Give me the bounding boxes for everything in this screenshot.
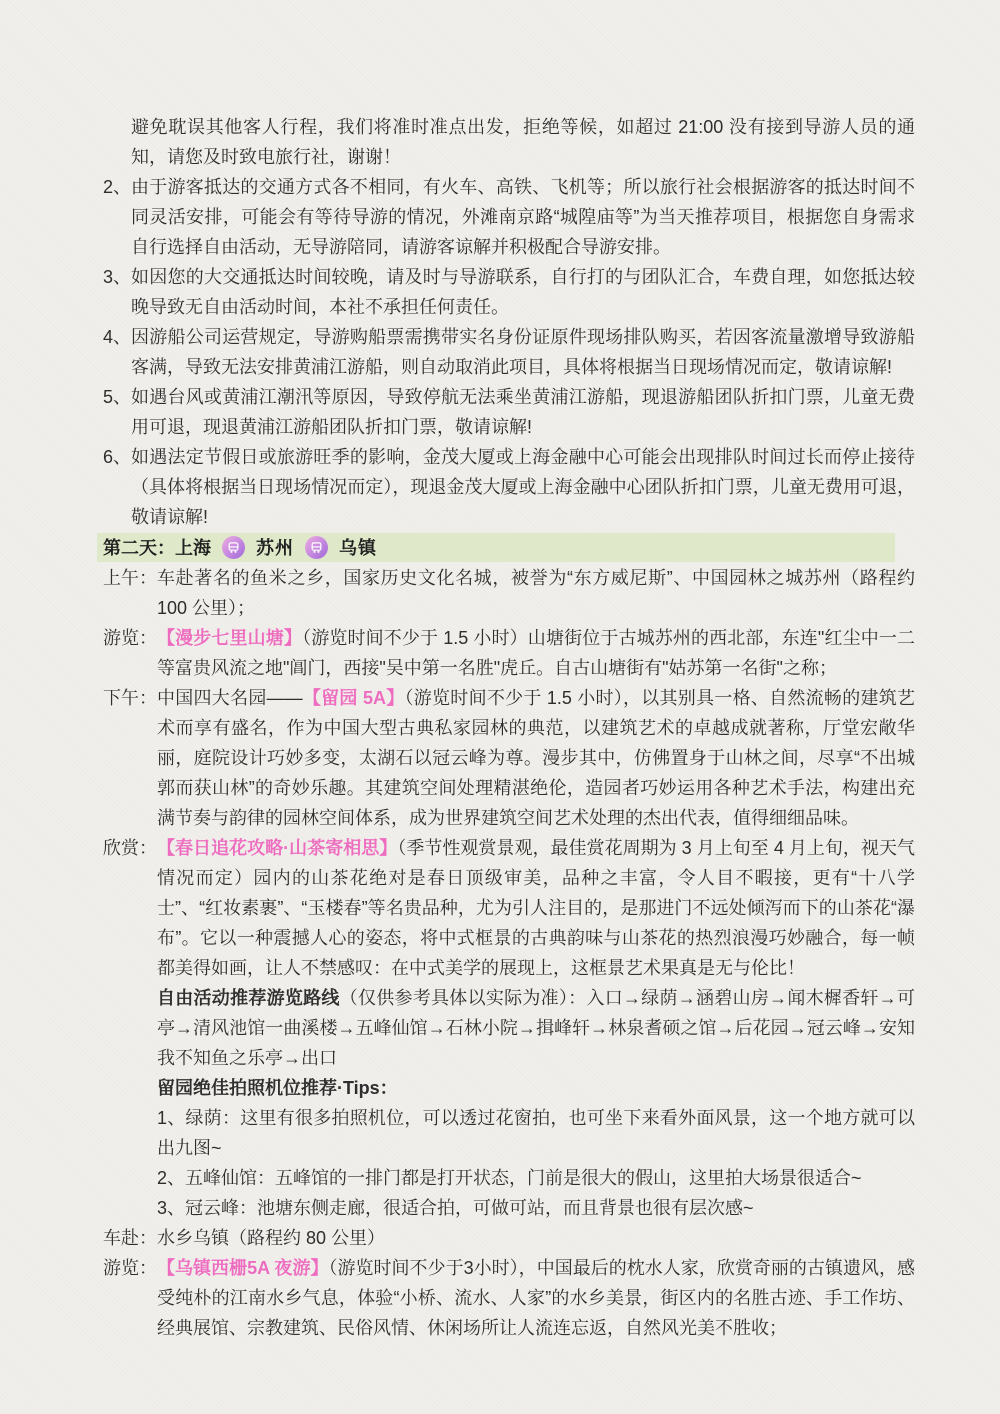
tip-item: 1、绿荫：这里有很多拍照机位，可以透过花窗拍，也可坐下来看外面风景，这一个地方就… xyxy=(157,1103,915,1163)
note-item: 3、 如因您的大交通抵达时间较晚，请及时与导游联系，自行打的与团队汇合，车费自理… xyxy=(103,262,915,322)
day2-header-bar: 第二天：上海 苏州 乌镇 xyxy=(97,533,895,562)
route-paragraph: 自由活动推荐游览路线（仅供参考具体以实际为准）：入口→绿荫→涵碧山房→闻木樨香轩… xyxy=(157,983,915,1073)
note-item: 5、 如遇台风或黄浦江潮汛等原因，导致停航无法乘坐黄浦江游船，现退游船团队折扣门… xyxy=(103,382,915,442)
schedule-label: 上午： xyxy=(103,563,157,623)
itinerary-document: 避免耽误其他客人行程，我们将准时准点出发，拒绝等候，如超过 21:00 没有接到… xyxy=(0,0,1000,1403)
note-item: 避免耽误其他客人行程，我们将准时准点出发，拒绝等候，如超过 21:00 没有接到… xyxy=(103,112,915,172)
tips-title: 留园绝佳拍照机位推荐·Tips： xyxy=(157,1073,915,1103)
schedule-content: 【漫步七里山塘】（游览时间不少于 1.5 小时）山塘街位于古城苏州的西北部，东连… xyxy=(157,623,915,683)
attraction-highlight: 【春日追花攻略·山茶寄相思】 xyxy=(157,838,397,858)
schedule-content: 中国四大名园——【留园 5A】（游览时间不少于 1.5 小时），以其别具一格、自… xyxy=(157,683,915,833)
note-number: 4、 xyxy=(103,322,131,382)
schedule-label: 游览： xyxy=(103,1253,157,1343)
schedule-content: 水乡乌镇（路程约 80 公里） xyxy=(157,1223,915,1253)
schedule-row-morning: 上午： 车赴著名的鱼米之乡，国家历史文化名城，被誉为“东方威尼斯”、中国园林之城… xyxy=(103,563,915,623)
note-text: 如遇台风或黄浦江潮汛等原因，导致停航无法乘坐黄浦江游船，现退游船团队折扣门票，儿… xyxy=(131,382,915,442)
note-number: 2、 xyxy=(103,172,131,262)
schedule-content: 车赴著名的鱼米之乡，国家历史文化名城，被誉为“东方威尼斯”、中国园林之城苏州（路… xyxy=(157,563,915,623)
schedule-label: 欣赏： xyxy=(103,833,157,1223)
note-item: 4、 因游船公司运营规定，导游购船票需携带实名身份证原件现场排队购买，若因客流量… xyxy=(103,322,915,382)
schedule-row-drive: 车赴： 水乡乌镇（路程约 80 公里） xyxy=(103,1223,915,1253)
tip-item: 2、五峰仙馆：五峰馆的一排门都是打开状态，门前是很大的假山，这里拍大场景很适合~ xyxy=(157,1163,915,1193)
route-title: 自由活动推荐游览路线 xyxy=(157,988,340,1008)
schedule-label: 下午： xyxy=(103,683,157,833)
schedule-row-wuzhen: 游览： 【乌镇西栅5A 夜游】（游览时间不少于3小时），中国最后的枕水人家，欣赏… xyxy=(103,1253,915,1343)
note-number xyxy=(103,112,131,172)
note-number: 3、 xyxy=(103,262,131,322)
schedule-content: 【春日追花攻略·山茶寄相思】（季节性观赏景观，最佳赏花周期为 3 月上旬至 4 … xyxy=(157,833,915,1223)
note-number: 6、 xyxy=(103,442,131,532)
schedule-text: 水乡乌镇（路程约 80 公里） xyxy=(157,1228,385,1248)
schedule-prefix: 中国四大名园—— xyxy=(157,688,303,708)
schedule-text: 车赴著名的鱼米之乡，国家历史文化名城，被誉为“东方威尼斯”、中国园林之城苏州（路… xyxy=(157,568,915,618)
schedule-row-camellia: 欣赏： 【春日追花攻略·山茶寄相思】（季节性观赏景观，最佳赏花周期为 3 月上旬… xyxy=(103,833,915,1223)
note-text: 因游船公司运营规定，导游购船票需携带实名身份证原件现场排队购买，若因客流量激增导… xyxy=(131,322,915,382)
tip-item: 3、冠云峰：池塘东侧走廊，很适合拍，可做可站，而且背景也很有层次感~ xyxy=(157,1193,915,1223)
day2-stop-wuzhen: 乌镇 xyxy=(339,533,377,563)
bus-icon xyxy=(305,536,328,559)
schedule-row-afternoon: 下午： 中国四大名园——【留园 5A】（游览时间不少于 1.5 小时），以其别具… xyxy=(103,683,915,833)
camellia-paragraph: 【春日追花攻略·山茶寄相思】（季节性观赏景观，最佳赏花周期为 3 月上旬至 4 … xyxy=(157,833,915,983)
note-number: 5、 xyxy=(103,382,131,442)
note-text: 如因您的大交通抵达时间较晚，请及时与导游联系，自行打的与团队汇合，车费自理，如您… xyxy=(131,262,915,322)
schedule-text: （季节性观赏景观，最佳赏花周期为 3 月上旬至 4 月上旬，视天气情况而定）园内… xyxy=(157,838,915,978)
note-item: 6、 如遇法定节假日或旅游旺季的影响，金茂大厦或上海金融中心可能会出现排队时间过… xyxy=(103,442,915,532)
schedule-text: （游览时间不少于 1.5 小时），以其别具一格、自然流畅的建筑艺术而享有盛名，作… xyxy=(157,688,915,828)
page: { "colors": { "page_background": "#f1efe… xyxy=(0,0,1000,1414)
note-text: 避免耽误其他客人行程，我们将准时准点出发，拒绝等候，如超过 21:00 没有接到… xyxy=(131,112,915,172)
bus-icon xyxy=(222,536,245,559)
note-text: 由于游客抵达的交通方式各不相同，有火车、高铁、飞机等；所以旅行社会根据游客的抵达… xyxy=(131,172,915,262)
schedule-content: 【乌镇西栅5A 夜游】（游览时间不少于3小时），中国最后的枕水人家，欣赏奇丽的古… xyxy=(157,1253,915,1343)
attraction-highlight: 【漫步七里山塘】 xyxy=(157,628,302,648)
note-item: 2、 由于游客抵达的交通方式各不相同，有火车、高铁、飞机等；所以旅行社会根据游客… xyxy=(103,172,915,262)
note-text: 如遇法定节假日或旅游旺季的影响，金茂大厦或上海金融中心可能会出现排队时间过长而停… xyxy=(131,442,915,532)
schedule-label: 游览： xyxy=(103,623,157,683)
attraction-highlight: 【留园 5A】 xyxy=(303,688,405,708)
day2-stop-suzhou: 苏州 xyxy=(256,533,294,563)
schedule-label: 车赴： xyxy=(103,1223,157,1253)
day2-title: 第二天：上海 xyxy=(103,533,211,563)
schedule-row-shantang: 游览： 【漫步七里山塘】（游览时间不少于 1.5 小时）山塘街位于古城苏州的西北… xyxy=(103,623,915,683)
attraction-highlight: 【乌镇西栅5A 夜游】 xyxy=(157,1258,328,1278)
